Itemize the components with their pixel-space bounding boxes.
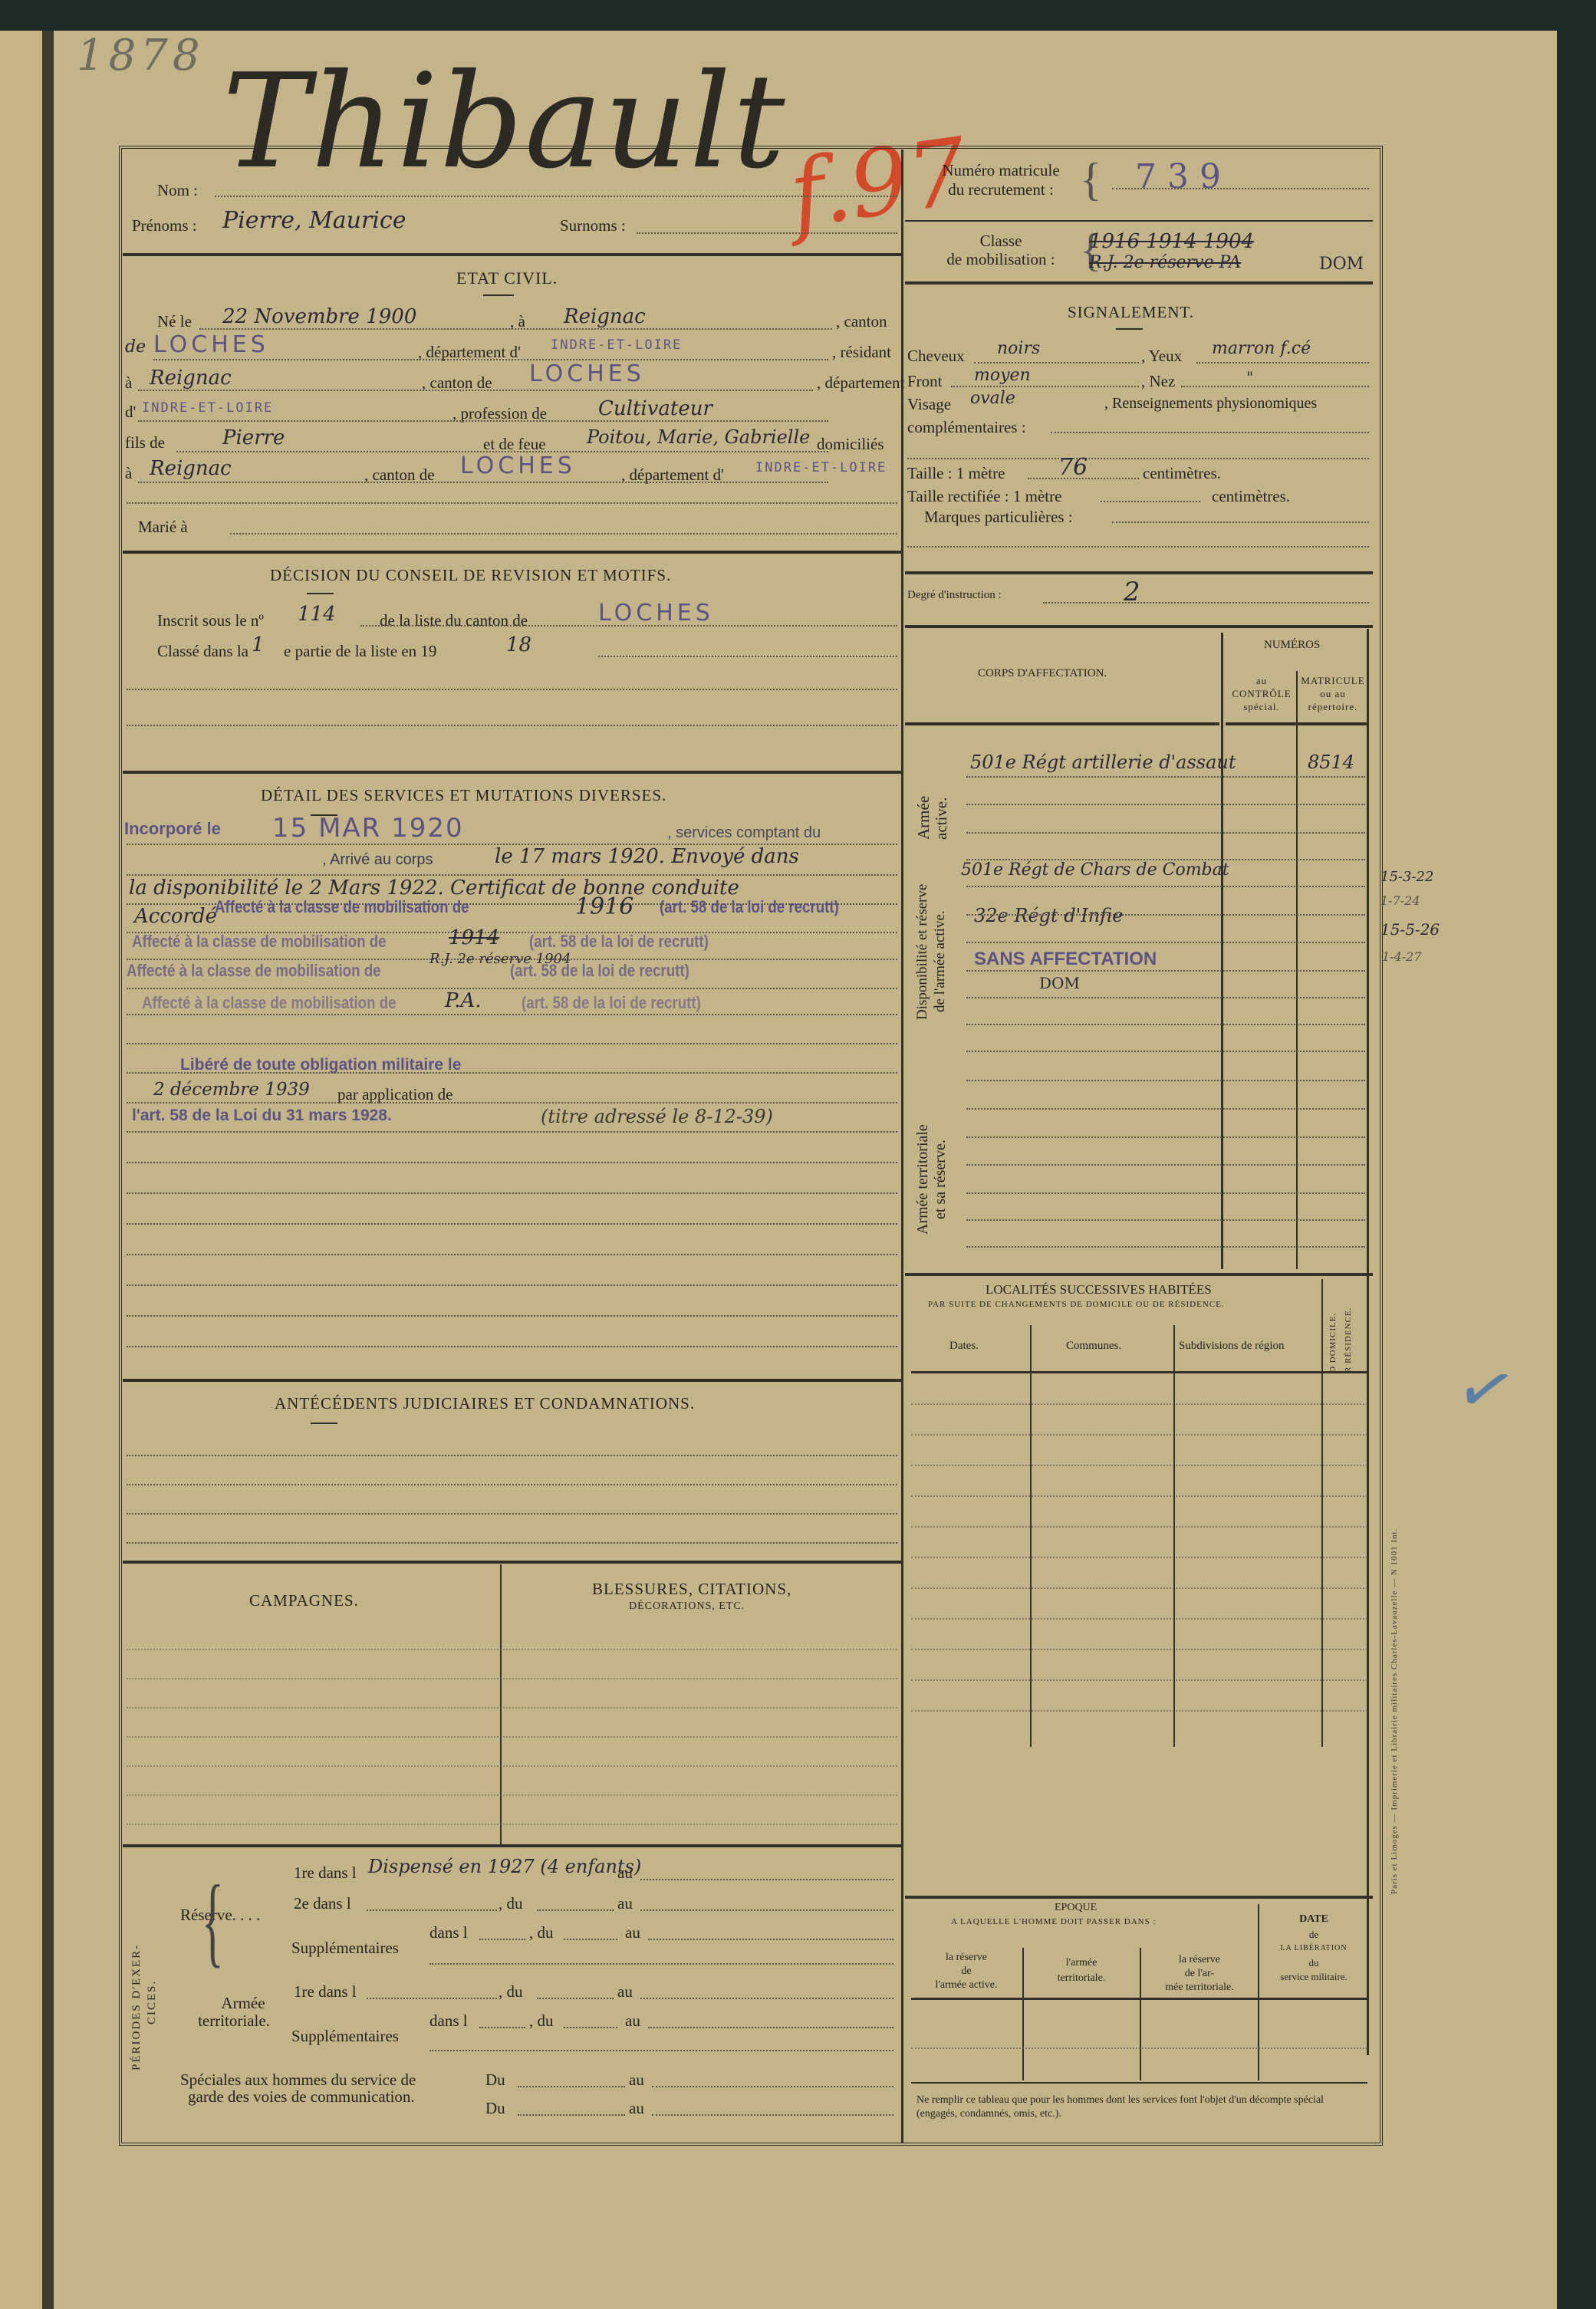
date-header-2: de — [1260, 1929, 1367, 1941]
du-label: , du — [529, 1923, 554, 1942]
line — [640, 1909, 893, 1911]
line — [911, 1403, 1367, 1405]
arrive-label: , Arrivé au corps — [322, 851, 433, 869]
decision-title: DÉCISION DU CONSEIL DE REVISION ET MOTIF… — [270, 566, 671, 585]
reserve-entry-1: 501e Régt de Chars de Combat — [961, 860, 1229, 880]
incorpore-label: Incorporé le — [124, 819, 221, 839]
dans-label: dans l — [429, 2011, 468, 2031]
line — [911, 1679, 1367, 1681]
loi-label: l'art. 58 de la Loi du 31 mars 1928. — [132, 1107, 392, 1125]
line — [199, 328, 832, 330]
line — [127, 1043, 897, 1044]
affecte1-label: Affecté à la classe de mobilisation de — [215, 897, 469, 917]
epoque-col1-line3: l'armée active. — [913, 1979, 1020, 1992]
epoque-subtitle: A LAQUELLE L'HOMME DOIT PASSER DANS : — [951, 1917, 1157, 1926]
line — [537, 1909, 614, 1911]
column-divider — [1367, 629, 1369, 2055]
au-label: au — [629, 2099, 644, 2118]
reserve-date-2: 1-7-24 — [1380, 893, 1420, 908]
divider — [905, 1896, 1373, 1899]
au-label: au — [617, 1863, 633, 1883]
classe-dans-label: Classé dans la — [157, 642, 248, 661]
line — [911, 1526, 1367, 1528]
corps-header: CORPS D'AFFECTATION. — [978, 667, 1107, 680]
reserve-entry-2: 32e Régt d'Infie — [974, 905, 1123, 926]
au-label: au — [629, 2071, 644, 2090]
line — [479, 1939, 525, 1940]
au-label: au — [617, 1982, 633, 2001]
divider — [911, 1371, 1367, 1373]
line — [127, 1072, 897, 1074]
services-title: DÉTAIL DES SERVICES ET MUTATIONS DIVERSE… — [261, 786, 666, 805]
accorde: Accordé — [134, 905, 217, 928]
visage-label: Visage — [907, 395, 951, 414]
column-divider — [1030, 1325, 1032, 1747]
art58-3: (art. 58 de la loi de recrutt) — [510, 961, 689, 981]
reserve-date-1: 15-3-22 — [1380, 869, 1433, 885]
du-cap-label: Du — [485, 2099, 505, 2118]
line — [564, 2027, 617, 2028]
line — [966, 970, 1365, 972]
line — [127, 988, 897, 989]
line — [127, 502, 897, 504]
line — [907, 458, 1369, 459]
affecte2-label: Affecté à la classe de mobilisation de — [132, 932, 387, 952]
divider — [905, 571, 1373, 574]
classe-label-2: de mobilisation : — [928, 250, 1074, 269]
line — [138, 390, 813, 391]
territoriale-label-2: territoriale. — [184, 2011, 284, 2031]
line — [127, 689, 897, 690]
nez-label: , Nez — [1141, 372, 1175, 391]
line — [564, 1939, 617, 1940]
taille-value: 76 — [1058, 454, 1088, 481]
classe-label-1: Classe — [928, 232, 1074, 251]
degre-label: Degré d'instruction : — [907, 589, 1002, 602]
line — [138, 482, 828, 483]
col-matricule-1: MATRICULE — [1298, 675, 1367, 687]
line — [640, 1879, 893, 1880]
partie-number: 1 — [252, 633, 265, 656]
line — [1196, 362, 1369, 363]
fils-de-label: fils de — [125, 433, 165, 452]
divider — [123, 1844, 901, 1847]
departement-stamp: INDRE-ET-LOIRE — [551, 337, 682, 353]
residence-departement-stamp: INDRE-ET-LOIRE — [142, 400, 273, 416]
line — [127, 1736, 897, 1738]
sans-affectation-stamp: SANS AFFECTATION — [974, 949, 1157, 970]
line — [127, 1162, 897, 1163]
yeux-value: marron f.cé — [1212, 339, 1311, 358]
matricule-number: 739 — [1135, 157, 1232, 196]
epoque-col3-line3: mée territoriale. — [1142, 1982, 1257, 1994]
line — [360, 625, 897, 627]
line — [966, 1051, 1365, 1052]
line — [966, 832, 1365, 834]
mother: Poitou, Marie, Gabrielle — [587, 426, 810, 448]
taille-rectifiee-label: Taille rectifiée : 1 mètre — [907, 487, 1061, 506]
line — [537, 1998, 614, 1999]
divider — [123, 253, 901, 256]
column-divider — [1140, 1948, 1141, 2080]
disponibilite-label-2: de l'armée active. — [932, 910, 949, 1012]
line — [367, 1909, 497, 1911]
supp-label-terr: Supplémentaires — [291, 2027, 399, 2046]
speciales-label-2: garde des voies de communication. — [188, 2087, 415, 2107]
column-divider — [500, 1564, 502, 1844]
column-divider — [1258, 1904, 1259, 2080]
incorpore-date-stamp: 15 MAR 1920 — [272, 813, 464, 844]
line — [648, 1939, 893, 1940]
blessures-title: BLESSURES, CITATIONS, — [592, 1580, 791, 1599]
residant-label: , résidant — [832, 343, 891, 362]
taille-label: Taille : 1 mètre — [907, 464, 1005, 483]
classe-values-struck: 1916 1914 1904 — [1089, 230, 1254, 253]
partie-label: e partie de la liste en 19 — [284, 642, 436, 661]
line — [911, 1618, 1367, 1620]
line — [518, 2114, 625, 2116]
first-dans-label: 1re dans l — [294, 1863, 357, 1883]
services-line3: la disponibilité le 2 Mars 1922. Certifi… — [129, 877, 739, 900]
line — [429, 1963, 893, 1965]
column-divider — [1321, 1279, 1323, 1747]
line — [951, 386, 1139, 387]
printer-credit: Paris et Limoges — Imprimerie et Librair… — [1390, 1528, 1399, 1894]
matricule-line — [1112, 188, 1369, 189]
line — [974, 362, 1139, 363]
line — [911, 1495, 1367, 1497]
divider — [123, 551, 901, 554]
du-cap-label: Du — [485, 2071, 505, 2090]
art58-1: (art. 58 de la loi de recrutt) — [660, 897, 839, 917]
brace: { — [1080, 153, 1102, 206]
liste-label: de la liste du canton de — [380, 611, 528, 630]
column-divider — [1173, 1325, 1175, 1747]
line — [429, 2050, 893, 2051]
title-underline — [1116, 328, 1143, 330]
line — [1051, 432, 1369, 433]
services-note: (titre adressé le 8-12-39) — [541, 1106, 773, 1127]
title-underline — [311, 1423, 337, 1424]
matricule-label-2: du recrutement : — [928, 180, 1074, 199]
line — [367, 1998, 497, 1999]
divider — [123, 771, 901, 774]
line — [479, 2027, 525, 2028]
date-header-5: service militaire. — [1260, 1971, 1367, 1983]
au-label: au — [625, 2011, 640, 2031]
line — [127, 1678, 897, 1679]
divider — [123, 1379, 901, 1382]
date-header-3: LA LIBÉRATION — [1260, 1944, 1367, 1952]
col-communes: Communes. — [1066, 1340, 1121, 1353]
line — [911, 1649, 1367, 1650]
line — [966, 804, 1365, 805]
armee-active-label-2: active. — [932, 798, 951, 840]
line — [127, 1794, 897, 1796]
divider — [911, 1998, 1367, 2000]
services-label: , services comptant du — [667, 824, 821, 842]
residence: Reignac — [150, 367, 232, 390]
col-controle-3: spécial. — [1227, 701, 1296, 713]
year-suffix: 18 — [506, 633, 531, 656]
epoque-col1-line2: de — [913, 1965, 1020, 1978]
residence-label: R RÉSIDENCE. — [1344, 1307, 1353, 1373]
line — [127, 1824, 897, 1825]
departement2-label: , département — [817, 373, 904, 393]
line — [1112, 521, 1369, 523]
a2-label: à — [125, 373, 132, 393]
line — [127, 1346, 897, 1347]
line — [966, 1192, 1365, 1194]
periodes-side-label-1: PÉRIODES D'EXER- — [130, 1944, 143, 2071]
du-label: , du — [529, 2011, 554, 2031]
line — [127, 1315, 897, 1317]
line — [966, 1080, 1365, 1081]
armee-active-label-1: Armée — [914, 796, 933, 840]
line — [966, 776, 1365, 778]
divider — [905, 220, 1373, 222]
line — [127, 1284, 897, 1286]
residence-canton-stamp: LOCHES — [529, 360, 645, 387]
ne-le-label: Né le — [157, 312, 192, 331]
line — [911, 1587, 1367, 1589]
profession: Cultivateur — [598, 397, 712, 420]
signalement-title: SIGNALEMENT. — [1068, 303, 1194, 322]
line — [911, 2048, 1367, 2049]
numeros-header: NUMÉROS — [1264, 639, 1320, 652]
line — [518, 2086, 625, 2087]
brace: { — [202, 1863, 224, 1980]
affecte3-label: Affecté à la classe de mobilisation de — [127, 961, 381, 981]
de-label: de — [125, 337, 146, 357]
canton-stamp: LOCHES — [153, 331, 269, 358]
parents-residence: Reignac — [150, 457, 232, 480]
front-label: Front — [907, 372, 943, 391]
line — [966, 1108, 1365, 1110]
matricule-label-1: Numéro matricule — [928, 161, 1074, 180]
line — [966, 1246, 1365, 1248]
line — [907, 546, 1369, 548]
margin-pencil-note: 1878 — [77, 31, 205, 81]
antecedents-title: ANTÉCÉDENTS JUDICIAIRES ET CONDAMNATIONS… — [275, 1394, 695, 1413]
territoriale-label-2: et sa réserve. — [932, 1140, 949, 1219]
line — [1181, 386, 1369, 387]
col-controle-1: au — [1227, 675, 1296, 687]
epoque-col3-line2: de l'ar- — [1142, 1968, 1257, 1980]
armee-active-matricule: 8514 — [1308, 752, 1354, 773]
marie-label: Marié à — [138, 518, 188, 537]
reserve-entry-dom: DOM — [1039, 974, 1080, 992]
line — [966, 886, 1365, 887]
au-label: au — [625, 1923, 640, 1942]
line — [640, 1998, 893, 1999]
second-dans-label: 2e dans l — [294, 1894, 351, 1913]
art58-2: (art. 58 de la loi de recrutt) — [529, 932, 709, 952]
line — [127, 1513, 897, 1515]
du-label: , du — [499, 1894, 523, 1913]
inscrit-label: Inscrit sous le nº — [157, 611, 264, 630]
line — [127, 1223, 897, 1225]
classe-current: DOM — [1319, 255, 1364, 274]
line — [127, 1707, 897, 1709]
nez-value: " — [1246, 368, 1253, 386]
yeux-label: , Yeux — [1141, 347, 1182, 366]
column-divider — [1221, 633, 1223, 1269]
marques-label: Marques particulières : — [924, 508, 1073, 527]
armee-active-entry: 501e Régt artillerie d'assaut — [970, 752, 1236, 773]
complementaires-label: complémentaires : — [907, 418, 1026, 437]
line — [127, 1192, 897, 1194]
dans-label: dans l — [429, 1923, 468, 1942]
prenoms-value: Pierre, Maurice — [222, 207, 406, 234]
father: Pierre — [222, 426, 285, 449]
col-subdivisions: Subdivisions de région — [1179, 1340, 1285, 1353]
line — [652, 2086, 893, 2087]
line — [911, 1465, 1367, 1466]
line — [127, 1765, 897, 1767]
affecte4-value: P.A. — [445, 989, 482, 1012]
domicile-label: D DOMICILE. — [1328, 1313, 1338, 1373]
col-dates: Dates. — [949, 1340, 979, 1353]
decision-canton-stamp: LOCHES — [598, 600, 714, 627]
nom-label: Nom : — [157, 181, 198, 200]
line — [648, 2027, 893, 2028]
cheveux-value: noirs — [997, 339, 1040, 358]
epoque-col3-line1: la réserve — [1142, 1954, 1257, 1966]
line — [127, 1484, 897, 1485]
column-divider — [901, 150, 903, 2143]
classe-line2-struck: R.J. 2e réserve PA — [1089, 253, 1241, 272]
line — [911, 1557, 1367, 1558]
line — [1043, 602, 1369, 604]
line — [966, 997, 1365, 998]
etat-civil-title: ETAT CIVIL. — [456, 268, 558, 288]
nom-line — [215, 196, 897, 197]
disponibilite-label-1: Disponibilité et réserve — [914, 884, 931, 1020]
affecte1-value: 1916 — [575, 893, 633, 920]
line — [966, 914, 1365, 916]
centimetres-label-2: centimètres. — [1212, 487, 1290, 506]
birth-date: 22 Novembre 1900 — [222, 305, 416, 328]
campagnes-title: CAMPAGNES. — [249, 1591, 359, 1610]
line — [911, 1710, 1367, 1712]
line — [127, 874, 897, 876]
adjacent-page-edge — [0, 31, 44, 2309]
line — [1101, 501, 1200, 502]
supp-label: Supplémentaires — [291, 1939, 399, 1958]
visage-value: ovale — [970, 389, 1015, 408]
line — [598, 656, 897, 657]
epoque-col2-line2: territoriale. — [1025, 1972, 1138, 1985]
col-controle-2: CONTRÔLE — [1227, 688, 1296, 700]
divider — [911, 2082, 1367, 2084]
front-value: moyen — [974, 366, 1031, 385]
line — [966, 1136, 1365, 1138]
line — [153, 359, 828, 360]
column-divider — [1022, 1948, 1024, 2080]
au-label: au — [617, 1894, 633, 1913]
line — [127, 1014, 897, 1015]
line — [138, 420, 828, 422]
divider — [123, 1561, 901, 1564]
line — [1028, 478, 1139, 479]
blessures-subtitle: DÉCORATIONS, ETC. — [629, 1600, 745, 1613]
parents-canton-stamp: LOCHES — [460, 452, 576, 479]
art58-4: (art. 58 de la loi de recrutt) — [522, 993, 701, 1013]
line — [127, 1542, 897, 1544]
epoque-col2-line1: l'armée — [1025, 1957, 1138, 1969]
line — [966, 1024, 1365, 1025]
cheveux-label: Cheveux — [907, 347, 965, 366]
line — [127, 1102, 897, 1104]
divider — [905, 625, 1373, 628]
line — [127, 1649, 897, 1650]
affecte2-value: 1914 — [449, 926, 499, 949]
a3-label: à — [125, 464, 132, 483]
reserve-date-3: 15-5-26 — [1380, 920, 1440, 939]
parents-departement-stamp: INDRE-ET-LOIRE — [755, 460, 887, 475]
line — [230, 533, 897, 534]
territoriale-label-1: Armée — [201, 1994, 285, 2013]
col-matricule-2: ou au — [1298, 688, 1367, 700]
epoque-title: EPOQUE — [1055, 1902, 1097, 1914]
libere-date: 2 décembre 1939 — [153, 1080, 310, 1100]
line — [966, 942, 1365, 943]
epoque-col1-line1: la réserve — [913, 1952, 1020, 1964]
epoque-note: Ne remplir ce tableau que pour les homme… — [916, 2094, 1365, 2121]
first-dans-label-terr: 1re dans l — [294, 1982, 357, 2001]
reserve-date-4: 1-4-27 — [1382, 949, 1422, 964]
col-matricule-3: répertoire. — [1298, 701, 1367, 713]
line — [966, 1219, 1365, 1221]
birth-place: Reignac — [564, 305, 646, 328]
line — [127, 1455, 897, 1456]
affecte4-label: Affecté à la classe de mobilisation de — [142, 993, 397, 1013]
inscrit-number: 114 — [298, 603, 336, 626]
line — [127, 1254, 897, 1255]
date-header-4: du — [1260, 1957, 1367, 1969]
date-header-1: DATE — [1260, 1913, 1367, 1926]
surnoms-label: Surnoms : — [560, 216, 626, 235]
prenoms-label: Prénoms : — [132, 216, 197, 235]
divider — [1226, 722, 1367, 725]
canton-label: , canton — [836, 312, 887, 331]
localites-title: LOCALITÉS SUCCESSIVES HABITÉES — [986, 1282, 1212, 1298]
line — [652, 2114, 893, 2116]
periodes-side-label-2: CICES. — [146, 1980, 159, 2024]
title-underline — [483, 294, 514, 296]
line — [127, 725, 897, 726]
divider — [905, 1273, 1373, 1276]
line — [127, 1131, 897, 1133]
renseignements-label: , Renseignements physionomiques — [1104, 395, 1317, 413]
surnoms-line — [637, 232, 897, 234]
line — [911, 1434, 1367, 1436]
line — [966, 1164, 1365, 1166]
du-label: , du — [499, 1982, 523, 2001]
d-label: d' — [125, 403, 136, 422]
first-value: Dispensé en 1927 (4 enfants) — [368, 1856, 641, 1877]
arrive-text: le 17 mars 1920. Envoyé dans — [495, 845, 799, 868]
divider — [905, 281, 1373, 285]
title-underline — [307, 593, 334, 594]
centimetres-label: centimètres. — [1143, 464, 1221, 483]
localites-subtitle: PAR SUITE DE CHANGEMENTS DE DOMICILE OU … — [928, 1300, 1225, 1309]
territoriale-label-1: Armée territoriale — [914, 1124, 932, 1235]
divider — [905, 722, 1219, 725]
